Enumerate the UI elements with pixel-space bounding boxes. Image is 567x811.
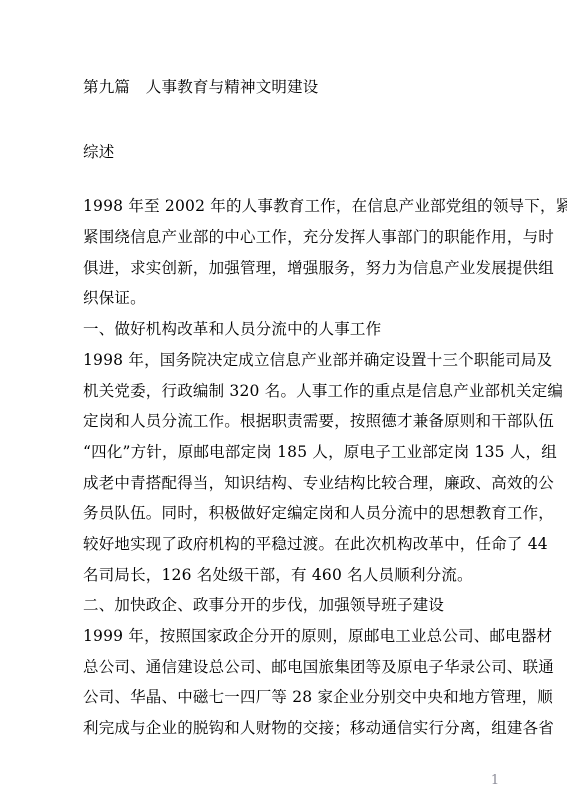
- document-body: 第九篇 人事教育与精神文明建设综述1998 年至 2002 年的人事教育工作，在…: [83, 72, 509, 744]
- text-line: 紧围绕信息产业部的中心工作，充分发挥人事部门的职能作用，与时: [83, 222, 509, 253]
- text-line: 第九篇 人事教育与精神文明建设: [83, 72, 509, 103]
- paragraph: 1998 年，国务院决定成立信息产业部并确定设置十三个职能司局及机关党委，行政编…: [83, 345, 509, 591]
- text-line: 1998 年至 2002 年的人事教育工作，在信息产业部党组的领导下，紧: [83, 191, 509, 222]
- text-line: 名司局长，126 名处级干部，有 460 名人员顺利分流。: [83, 560, 509, 591]
- text-line: 公司、华晶、中磁七一四厂等 28 家企业分别交中央和地方管理，顺: [83, 682, 509, 713]
- heading: 一、做好机构改革和人员分流中的人事工作: [83, 314, 509, 345]
- heading: 二、加快政企、政事分开的步伐，加强领导班子建设: [83, 590, 509, 621]
- text-line: 较好地实现了政府机构的平稳过渡。在此次机构改革中，任命了 44: [83, 529, 509, 560]
- text-line: 1998 年，国务院决定成立信息产业部并确定设置十三个职能司局及: [83, 345, 509, 376]
- text-line: 综述: [83, 137, 509, 168]
- chapter-title: 第九篇 人事教育与精神文明建设: [83, 72, 509, 103]
- page-number: 1: [482, 772, 508, 790]
- text-line: 总公司、通信建设总公司、邮电国旅集团等及原电子华录公司、联通: [83, 652, 509, 683]
- text-line: 机关党委，行政编制 320 名。人事工作的重点是信息产业部机关定编: [83, 376, 509, 407]
- text-line: 一、做好机构改革和人员分流中的人事工作: [83, 314, 509, 345]
- text-line: “四化”方针，原邮电部定岗 185 人，原电子工业部定岗 135 人，组: [83, 437, 509, 468]
- text-line: 织保证。: [83, 283, 509, 314]
- section-label: 综述: [83, 137, 509, 168]
- text-line: 成老中青搭配得当，知识结构、专业结构比较合理，廉政、高效的公: [83, 468, 509, 499]
- paragraph: 1998 年至 2002 年的人事教育工作，在信息产业部党组的领导下，紧紧围绕信…: [83, 191, 509, 314]
- text-line: 1999 年，按照国家政企分开的原则，原邮电工业总公司、邮电器材: [83, 621, 509, 652]
- text-line: 务员队伍。同时，积极做好定编定岗和人员分流中的思想教育工作，: [83, 498, 509, 529]
- text-line: 利完成与企业的脱钩和人财物的交接；移动通信实行分离，组建各省: [83, 713, 509, 744]
- text-line: 定岗和人员分流工作。根据职责需要，按照德才兼备原则和干部队伍: [83, 406, 509, 437]
- paragraph: 1999 年，按照国家政企分开的原则，原邮电工业总公司、邮电器材总公司、通信建设…: [83, 621, 509, 744]
- document-page: 第九篇 人事教育与精神文明建设综述1998 年至 2002 年的人事教育工作，在…: [0, 0, 567, 811]
- text-line: 俱进，求实创新，加强管理，增强服务，努力为信息产业发展提供组: [83, 253, 509, 284]
- text-line: 二、加快政企、政事分开的步伐，加强领导班子建设: [83, 590, 509, 621]
